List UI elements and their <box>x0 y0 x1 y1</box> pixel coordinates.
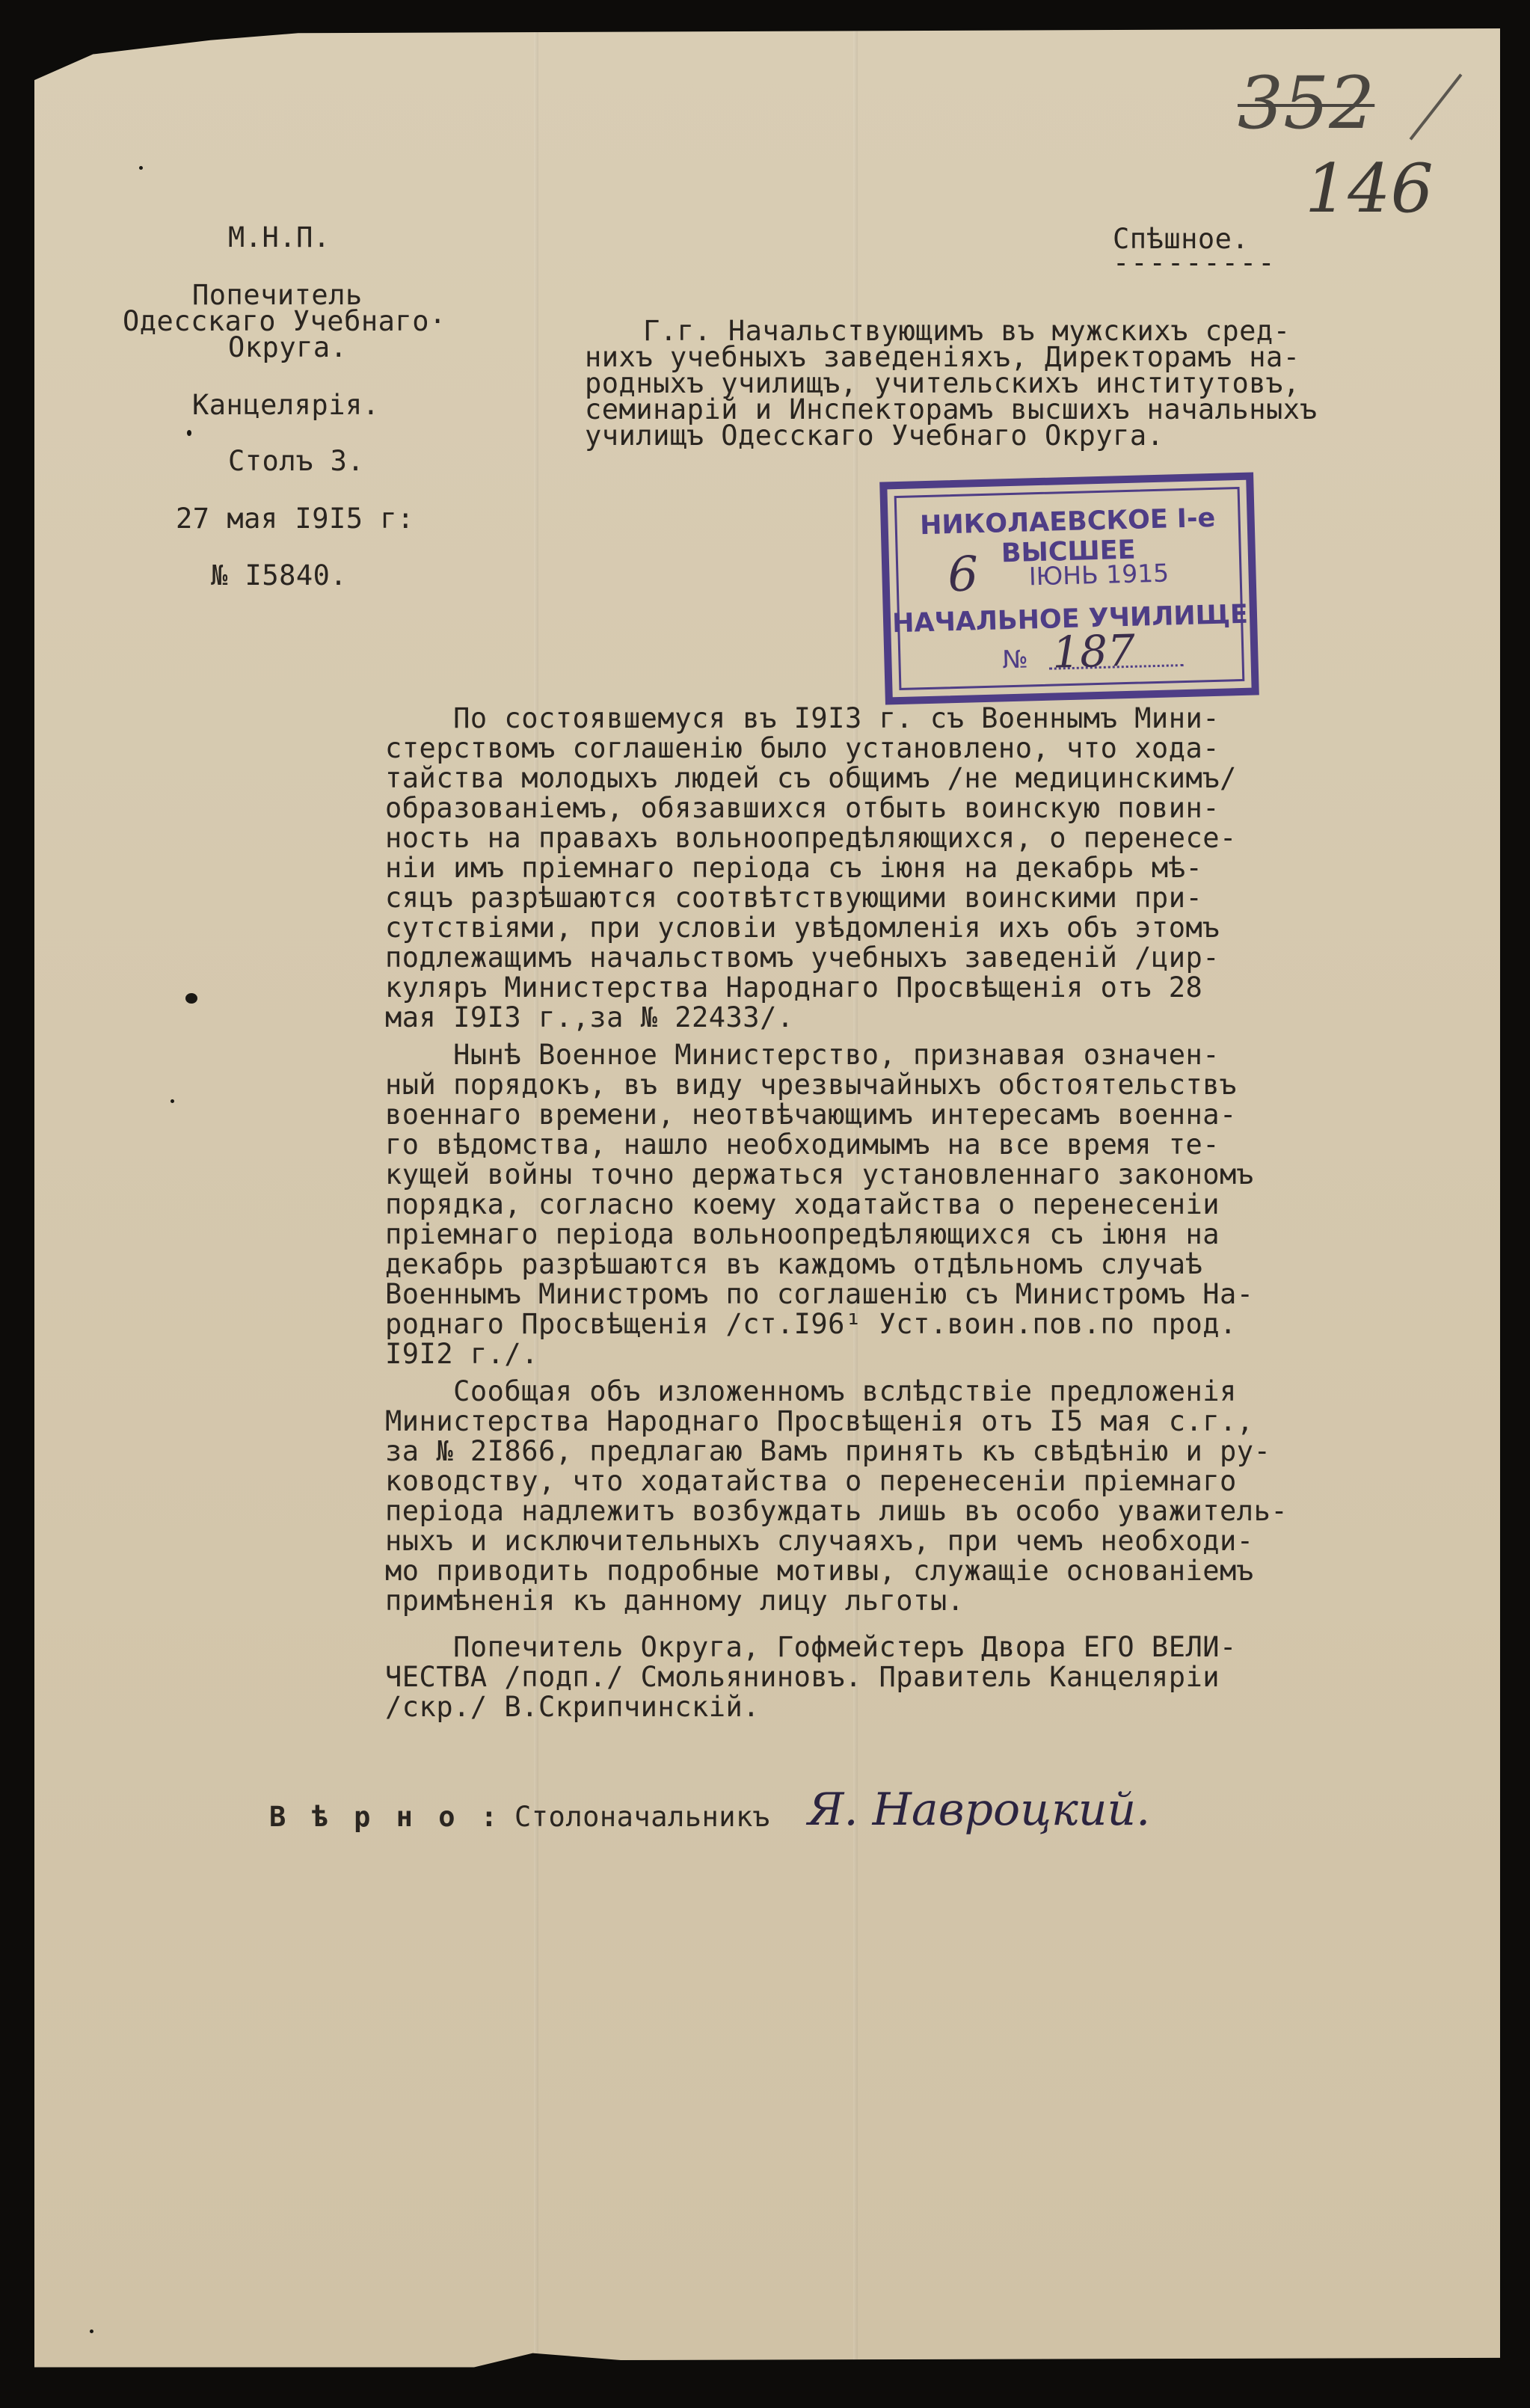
body-paragraph-signatories: Попечитель Округа, Гофмейстеръ Двора ЕГО… <box>385 1633 1237 1722</box>
body-line: /скр./ В.Скрипчинскій. <box>385 1692 1237 1722</box>
body-line: Министерства Народнаго Просвѣщенія отъ I… <box>385 1407 1288 1437</box>
document-number: № I5840. <box>211 561 347 591</box>
paper-speck <box>170 1099 174 1103</box>
chancery-label: Канцелярія. <box>192 390 380 420</box>
urgency-underline: --------- <box>1113 248 1276 278</box>
body-line: подлежащимъ начальствомъ учебныхъ заведе… <box>385 943 1237 973</box>
body-line: куляръ Министерства Народнаго Просвѣщені… <box>385 973 1237 1003</box>
receipt-stamp: НИКОЛАЕВСКОЕ I-е ВЫСШЕЕ 6 ІЮНЬ 1915 НАЧА… <box>879 473 1259 705</box>
handwritten-signature: Я. Навроцкий. <box>808 1784 1150 1836</box>
body-line: за № 2I866, предлагаю Вамъ принять къ св… <box>385 1437 1288 1466</box>
old-folio-number: 352 <box>1238 61 1374 145</box>
body-line: роднаго Просвѣщенія /ст.I96¹ Уст.воин.по… <box>385 1309 1254 1339</box>
certification-title: Столоначальникъ <box>514 1802 770 1832</box>
body-line: порядка, согласно коему ходатайства о пе… <box>385 1190 1254 1220</box>
body-line: Нынѣ Военное Министерство, признавая озн… <box>385 1040 1254 1070</box>
body-line: Сообщая объ изложенномъ вслѣдствіе предл… <box>385 1377 1288 1407</box>
paper-speck <box>90 2329 93 2333</box>
paper-speck <box>187 430 191 436</box>
body-line: мая I9I3 г.,за № 22433/. <box>385 1003 1237 1033</box>
body-line: ный порядокъ, въ виду чрезвычайныхъ обст… <box>385 1070 1254 1100</box>
body-paragraph-3: Сообщая объ изложенномъ вслѣдствіе предл… <box>385 1377 1288 1616</box>
addressee-line: училищъ Одесскаго Учебнаго Округа. <box>585 421 1164 451</box>
paper-speck <box>139 166 143 170</box>
body-line: По состоявшемуся въ I9I3 г. съ Военнымъ … <box>385 704 1237 734</box>
desk-label: Столъ 3. <box>228 446 364 476</box>
body-line: ЧЕСТВА /подп./ Смольяниновъ. Правитель К… <box>385 1662 1237 1692</box>
body-line: примѣненія къ данному лицу льготы. <box>385 1586 1288 1616</box>
document-date: 27 мая I9I5 г: <box>176 504 414 534</box>
body-line: сутствіями, при условіи увѣдомленія ихъ … <box>385 913 1237 943</box>
body-line: го вѣдомства, нашло необходимымъ на все … <box>385 1130 1254 1160</box>
ministry-abbrev: М.Н.П. <box>228 223 331 253</box>
body-line: ніи имъ пріемнаго періода съ іюня на дек… <box>385 853 1237 883</box>
body-line: образованіемъ, обязавшихся отбыть воинск… <box>385 793 1237 823</box>
stamp-number-handwritten: 187 <box>1051 625 1135 678</box>
office-line-3: Округа. <box>228 333 347 363</box>
body-line: сяцъ разрѣшаются соотвѣтствующими воинск… <box>385 883 1237 913</box>
body-line: тайства молодыхъ людей съ общимъ /не мед… <box>385 764 1237 793</box>
body-line: I9I2 г./. <box>385 1339 1254 1369</box>
body-line: кущей войны точно держаться установленна… <box>385 1160 1254 1190</box>
folio-number: 146 <box>1305 150 1434 228</box>
body-paragraph-2: Нынѣ Военное Министерство, признавая озн… <box>385 1040 1254 1369</box>
body-line: ныхъ и исключительныхъ случаяхъ, при чем… <box>385 1526 1288 1556</box>
certification-label: В ѣ р н о : <box>269 1802 502 1832</box>
paper-punch-mark <box>185 993 197 1004</box>
body-line: ководству, что ходатайства о перенесеніи… <box>385 1466 1288 1496</box>
body-line: декабрь разрѣшаются въ каждомъ отдѣльном… <box>385 1250 1254 1280</box>
body-line: Военнымъ Министромъ по соглашенію съ Мин… <box>385 1280 1254 1309</box>
body-paragraph-1: По состоявшемуся въ I9I3 г. съ Военнымъ … <box>385 704 1237 1033</box>
body-line: Попечитель Округа, Гофмейстеръ Двора ЕГО… <box>385 1633 1237 1662</box>
body-line: ность на правахъ вольноопредѣляющихся, о… <box>385 823 1237 853</box>
body-line: періода надлежитъ возбуждать лишь въ осо… <box>385 1496 1288 1526</box>
body-line: мо приводить подробные мотивы, служащіе … <box>385 1556 1288 1586</box>
body-line: стерствомъ соглашенію было установлено, … <box>385 734 1237 764</box>
body-line: военнаго времени, неотвѣчающимъ интереса… <box>385 1100 1254 1130</box>
body-line: пріемнаго періода вольноопредѣляющихся с… <box>385 1220 1254 1250</box>
